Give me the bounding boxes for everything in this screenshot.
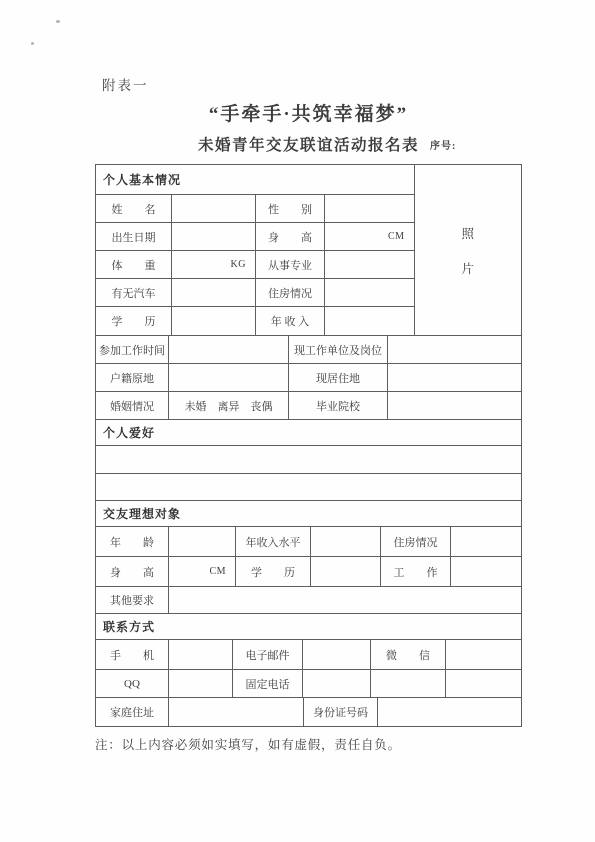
landline-field-blank — [303, 670, 371, 697]
row-birth-height: 出生日期 身 高 CM — [96, 223, 414, 251]
employer-field-blank — [388, 336, 521, 363]
contact-empty-cell — [446, 670, 521, 697]
partner-height-label: 身 高 — [96, 557, 169, 586]
row-marital-school: 婚姻情况 未婚 离异 丧偶 毕业院校 — [96, 392, 521, 420]
form-subtitle: 未婚青年交友联谊活动报名表 — [95, 133, 522, 155]
employer-label: 现工作单位及岗位 — [289, 336, 388, 363]
work-start-label: 参加工作时间 — [96, 336, 169, 363]
photo-cell: 照 片 — [414, 165, 522, 335]
partner-education-label: 学 历 — [236, 557, 311, 586]
form-title: “手牵手·共筑幸福梦” — [95, 99, 522, 126]
section-basic-info: 个人基本情况 姓 名 性 别 出生日期 身 高 CM 体 重 KG — [96, 165, 521, 336]
school-field-blank — [388, 392, 521, 419]
profession-field-blank — [325, 251, 414, 278]
ideal-partner-header-row: 交友理想对象 — [96, 501, 521, 527]
section-header-hobbies: 个人爱好 — [96, 424, 521, 441]
marital-status-label: 婚姻情况 — [96, 392, 169, 419]
hobbies-field-blank — [96, 446, 521, 473]
birthdate-label: 出生日期 — [96, 223, 172, 250]
weight-label: 体 重 — [96, 251, 172, 278]
profession-label: 从事专业 — [256, 251, 325, 278]
qq-label: QQ — [96, 670, 169, 697]
section-header-contact: 联系方式 — [96, 618, 521, 635]
contact-empty-cell — [371, 670, 446, 697]
row-address-id: 家庭住址 身份证号码 — [96, 698, 521, 726]
basic-info-grid: 个人基本情况 姓 名 性 别 出生日期 身 高 CM 体 重 KG — [96, 165, 414, 335]
partner-income-label: 年收入水平 — [236, 527, 311, 556]
qq-field-blank — [169, 670, 233, 697]
gender-field-blank — [325, 195, 414, 222]
partner-age-label: 年 龄 — [96, 527, 169, 556]
hobbies-header-row: 个人爱好 — [96, 420, 521, 446]
photo-label-top: 照 — [461, 224, 474, 242]
serial-number-label: 序号: — [430, 137, 456, 152]
scan-speck — [56, 20, 60, 23]
other-requirements-field-blank — [169, 587, 521, 613]
row-mobile-email-wechat: 手 机 电子邮件 微 信 — [96, 640, 521, 670]
registration-form-table: 个人基本情况 姓 名 性 别 出生日期 身 高 CM 体 重 KG — [95, 164, 522, 727]
scan-speck — [31, 42, 34, 45]
origin-registry-field-blank — [169, 364, 289, 391]
id-number-label: 身份证号码 — [304, 698, 378, 726]
marital-status-options: 未婚 离异 丧偶 — [169, 392, 289, 419]
car-label: 有无汽车 — [96, 279, 172, 306]
housing-field-blank — [325, 279, 414, 306]
partner-height-unit-cm: CM — [169, 557, 236, 586]
mobile-label: 手 机 — [96, 640, 169, 669]
other-requirements-label: 其他要求 — [96, 587, 169, 613]
birthdate-field-blank — [172, 223, 256, 250]
wechat-field-blank — [446, 640, 521, 669]
current-residence-label: 现居住地 — [289, 364, 388, 391]
wechat-label: 微 信 — [371, 640, 446, 669]
partner-age-field-blank — [169, 527, 236, 556]
income-field-blank — [325, 307, 414, 335]
name-label: 姓 名 — [96, 195, 172, 222]
education-label: 学 历 — [96, 307, 172, 335]
row-registry-residence: 户籍原地 现居住地 — [96, 364, 521, 392]
id-number-field-blank — [378, 698, 521, 726]
email-field-blank — [303, 640, 371, 669]
row-name-gender: 姓 名 性 别 — [96, 195, 414, 223]
hobbies-field-blank — [96, 474, 521, 500]
partner-work-label: 工 作 — [381, 557, 451, 586]
email-label: 电子邮件 — [233, 640, 303, 669]
home-address-field-blank — [169, 698, 304, 726]
hobbies-blank-row — [96, 446, 521, 474]
weight-unit-kg: KG — [172, 251, 256, 278]
partner-income-field-blank — [311, 527, 381, 556]
work-start-field-blank — [169, 336, 289, 363]
gender-label: 性 别 — [256, 195, 325, 222]
partner-education-field-blank — [311, 557, 381, 586]
home-address-label: 家庭住址 — [96, 698, 169, 726]
partner-housing-label: 住房情况 — [381, 527, 451, 556]
row-qq-landline: QQ 固定电话 — [96, 670, 521, 698]
mobile-field-blank — [169, 640, 233, 669]
note-text: 注：以上内容必须如实填写，如有虚假，责任自负。 — [95, 735, 401, 753]
partner-work-field-blank — [451, 557, 521, 586]
section-header-basic-info: 个人基本情况 — [96, 171, 414, 188]
row-age-income-housing: 年 龄 年收入水平 住房情况 — [96, 527, 521, 557]
origin-registry-label: 户籍原地 — [96, 364, 169, 391]
scanned-form-page: 附表一 “手牵手·共筑幸福梦” 未婚青年交友联谊活动报名表 序号: 个人基本情况… — [0, 0, 595, 842]
section-header-ideal-partner: 交友理想对象 — [96, 505, 521, 522]
row-weight-profession: 体 重 KG 从事专业 — [96, 251, 414, 279]
school-label: 毕业院校 — [289, 392, 388, 419]
row-workstart-employer: 参加工作时间 现工作单位及岗位 — [96, 336, 521, 364]
car-field-blank — [172, 279, 256, 306]
row-education-income: 学 历 年 收 入 — [96, 307, 414, 335]
current-residence-field-blank — [388, 364, 521, 391]
height-label: 身 高 — [256, 223, 325, 250]
photo-label-bottom: 片 — [461, 259, 474, 277]
basic-info-header-row: 个人基本情况 — [96, 165, 414, 195]
title-block: “手牵手·共筑幸福梦” 未婚青年交友联谊活动报名表 — [95, 99, 522, 155]
appendix-label: 附表一 — [102, 74, 149, 94]
contact-header-row: 联系方式 — [96, 614, 521, 640]
row-other-requirements: 其他要求 — [96, 587, 521, 614]
income-label: 年 收 入 — [256, 307, 325, 335]
housing-label: 住房情况 — [256, 279, 325, 306]
hobbies-blank-row — [96, 474, 521, 501]
name-field-blank — [172, 195, 256, 222]
row-car-housing: 有无汽车 住房情况 — [96, 279, 414, 307]
row-height-education-work: 身 高 CM 学 历 工 作 — [96, 557, 521, 587]
education-field-blank — [172, 307, 256, 335]
landline-label: 固定电话 — [233, 670, 303, 697]
height-unit-cm: CM — [325, 223, 414, 250]
partner-housing-field-blank — [451, 527, 521, 556]
